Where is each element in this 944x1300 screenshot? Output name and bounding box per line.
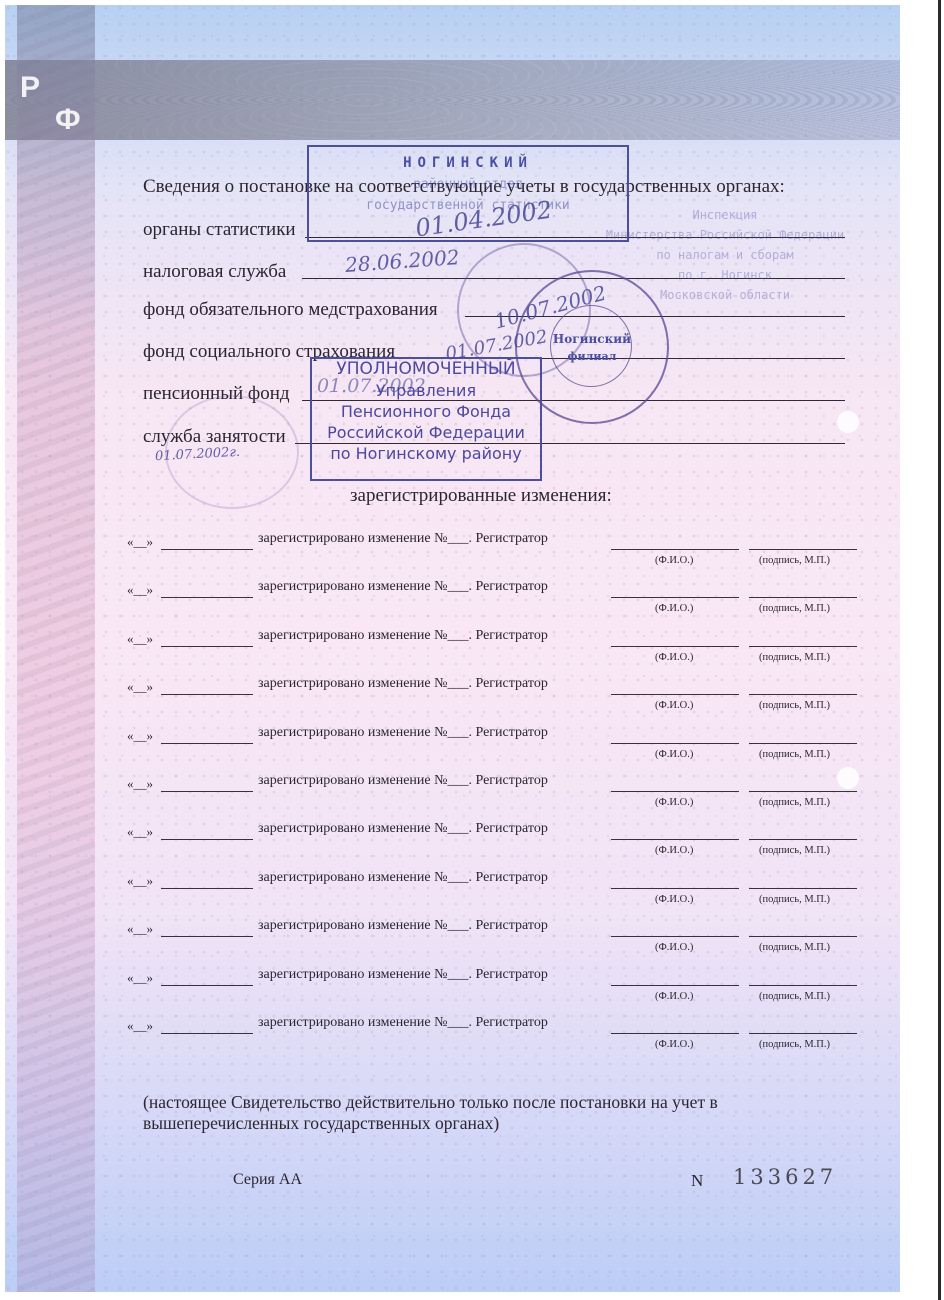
fio-label: (Ф.И.О.) xyxy=(655,991,693,1002)
registrar-signature-field[interactable] xyxy=(749,791,857,792)
registrar-name-field[interactable] xyxy=(611,936,739,937)
date-month-field[interactable] xyxy=(161,985,253,986)
number-prefix: N xyxy=(691,1171,703,1191)
registrar-signature-field[interactable] xyxy=(749,839,857,840)
signature-label: (подпись, М.П.) xyxy=(759,700,830,711)
registrar-signature-field[interactable] xyxy=(749,743,857,744)
fio-label: (Ф.И.О.) xyxy=(655,894,693,905)
change-row: «__»зарегистрировано изменение №___. Рег… xyxy=(127,676,867,720)
signature-label: (подпись, М.П.) xyxy=(759,603,830,614)
date-day-field[interactable]: «__» xyxy=(127,921,153,937)
date-month-field[interactable] xyxy=(161,597,253,598)
date-day-field[interactable]: «__» xyxy=(127,873,153,889)
signature-label: (подпись, М.П.) xyxy=(759,749,830,760)
change-row: «__»зарегистрировано изменение №___. Рег… xyxy=(127,870,867,914)
date-day-field[interactable]: «__» xyxy=(127,824,153,840)
registrar-name-field[interactable] xyxy=(611,791,739,792)
registrar-name-field[interactable] xyxy=(611,888,739,889)
pension-stamp-line5: по Ногинскому району xyxy=(312,443,540,464)
date-day-field[interactable]: «__» xyxy=(127,728,153,744)
fio-label: (Ф.И.О.) xyxy=(655,652,693,663)
change-text: зарегистрировано изменение №___. Регистр… xyxy=(258,821,548,837)
tax-stamp-line4: по г. Ногинск xyxy=(605,265,845,285)
registrar-signature-field[interactable] xyxy=(749,597,857,598)
registrar-signature-field[interactable] xyxy=(749,1033,857,1034)
date-month-field[interactable] xyxy=(161,646,253,647)
fio-label: (Ф.И.О.) xyxy=(655,845,693,856)
security-band-vertical xyxy=(17,5,95,1292)
registrar-name-field[interactable] xyxy=(611,1033,739,1034)
change-text: зарегистрировано изменение №___. Регистр… xyxy=(258,870,548,886)
registrar-signature-field[interactable] xyxy=(749,985,857,986)
date-day-field[interactable]: «__» xyxy=(127,582,153,598)
change-text: зарегистрировано изменение №___. Регистр… xyxy=(258,967,548,983)
certificate-page: Р Ф Сведения о постановке на соответству… xyxy=(5,5,900,1292)
punch-hole-top xyxy=(837,411,859,433)
signature-label: (подпись, М.П.) xyxy=(759,991,830,1002)
registrar-name-field[interactable] xyxy=(611,985,739,986)
fio-label: (Ф.И.О.) xyxy=(655,797,693,808)
emblem-letter-r: Р xyxy=(20,71,40,105)
fio-label: (Ф.И.О.) xyxy=(655,1039,693,1050)
registrar-signature-field[interactable] xyxy=(749,646,857,647)
signature-label: (подпись, М.П.) xyxy=(759,1039,830,1050)
reg-label-tax: налоговая служба xyxy=(143,261,286,283)
pension-date: 01.07.2002 xyxy=(317,375,426,397)
change-row: «__»зарегистрировано изменение №___. Рег… xyxy=(127,967,867,1011)
emblem-letter-f: Ф xyxy=(55,103,81,137)
change-row: «__»зарегистрировано изменение №___. Рег… xyxy=(127,579,867,623)
change-row: «__»зарегистрировано изменение №___. Рег… xyxy=(127,773,867,817)
registrar-signature-field[interactable] xyxy=(749,888,857,889)
change-text: зарегистрировано изменение №___. Регистр… xyxy=(258,579,548,595)
change-row: «__»зарегистрировано изменение №___. Рег… xyxy=(127,628,867,672)
date-day-field[interactable]: «__» xyxy=(127,534,153,550)
validity-note-line2: вышеперечисленных государственных органа… xyxy=(143,1113,499,1134)
fio-label: (Ф.И.О.) xyxy=(655,942,693,953)
change-text: зарегистрировано изменение №___. Регистр… xyxy=(258,725,548,741)
date-month-field[interactable] xyxy=(161,743,253,744)
change-text: зарегистрировано изменение №___. Регистр… xyxy=(258,1015,548,1031)
change-row: «__»зарегистрировано изменение №___. Рег… xyxy=(127,531,867,575)
registrar-name-field[interactable] xyxy=(611,743,739,744)
tax-stamp-line2: Министерства Российской Федерации xyxy=(605,225,845,245)
date-month-field[interactable] xyxy=(161,694,253,695)
validity-note-line1: (настоящее Свидетельство действительно т… xyxy=(143,1092,718,1113)
registrar-name-field[interactable] xyxy=(611,549,739,550)
registrar-name-field[interactable] xyxy=(611,839,739,840)
change-text: зарегистрировано изменение №___. Регистр… xyxy=(258,628,548,644)
signature-label: (подпись, М.П.) xyxy=(759,894,830,905)
change-row: «__»зарегистрировано изменение №___. Рег… xyxy=(127,725,867,769)
fio-label: (Ф.И.О.) xyxy=(655,603,693,614)
fio-label: (Ф.И.О.) xyxy=(655,555,693,566)
signature-label: (подпись, М.П.) xyxy=(759,845,830,856)
date-day-field[interactable]: «__» xyxy=(127,1018,153,1034)
registrar-signature-field[interactable] xyxy=(749,694,857,695)
signature-label: (подпись, М.П.) xyxy=(759,652,830,663)
date-month-field[interactable] xyxy=(161,1033,253,1034)
signature-label: (подпись, М.П.) xyxy=(759,942,830,953)
registrar-name-field[interactable] xyxy=(611,694,739,695)
registrar-signature-field[interactable] xyxy=(749,549,857,550)
tax-date: 28.06.2002 xyxy=(344,245,460,277)
change-row: «__»зарегистрировано изменение №___. Рег… xyxy=(127,821,867,865)
change-text: зарегистрировано изменение №___. Регистр… xyxy=(258,676,548,692)
date-day-field[interactable]: «__» xyxy=(127,970,153,986)
reg-label-medical: фонд обязательного медстрахования xyxy=(143,299,438,321)
pension-stamp-line4: Российской Федерации xyxy=(312,422,540,443)
registrar-signature-field[interactable] xyxy=(749,936,857,937)
date-month-field[interactable] xyxy=(161,839,253,840)
tax-stamp-line1: Инспекция xyxy=(605,205,845,225)
statistics-stamp-line1: НОГИНСКИЙ xyxy=(309,155,627,171)
statistics-stamp-line2: районный отдел xyxy=(309,177,627,192)
security-band-horizontal xyxy=(5,60,900,140)
signature-label: (подпись, М.П.) xyxy=(759,555,830,566)
date-month-field[interactable] xyxy=(161,888,253,889)
fio-label: (Ф.И.О.) xyxy=(655,749,693,760)
date-month-field[interactable] xyxy=(161,549,253,550)
change-row: «__»зарегистрировано изменение №___. Рег… xyxy=(127,1015,867,1059)
signature-label: (подпись, М.П.) xyxy=(759,797,830,808)
change-text: зарегистрировано изменение №___. Регистр… xyxy=(258,773,548,789)
change-text: зарегистрировано изменение №___. Регистр… xyxy=(258,918,548,934)
scanner-edge xyxy=(938,0,941,1300)
date-day-field[interactable]: «__» xyxy=(127,631,153,647)
change-text: зарегистрировано изменение №___. Регистр… xyxy=(258,531,548,547)
series-label: Серия АА xyxy=(233,1171,302,1189)
registrar-name-field[interactable] xyxy=(611,646,739,647)
changes-heading: зарегистрированные изменения: xyxy=(350,485,612,507)
change-row: «__»зарегистрировано изменение №___. Рег… xyxy=(127,918,867,962)
reg-label-statistics: органы статистики xyxy=(143,219,296,241)
certificate-number: 133627 xyxy=(733,1165,837,1189)
date-month-field[interactable] xyxy=(161,936,253,937)
date-day-field[interactable]: «__» xyxy=(127,679,153,695)
fio-label: (Ф.И.О.) xyxy=(655,700,693,711)
registrar-name-field[interactable] xyxy=(611,597,739,598)
date-day-field[interactable]: «__» xyxy=(127,776,153,792)
date-month-field[interactable] xyxy=(161,791,253,792)
pension-stamp-line3: Пенсионного Фонда xyxy=(312,401,540,422)
tax-stamp-line3: по налогам и сборам xyxy=(605,245,845,265)
